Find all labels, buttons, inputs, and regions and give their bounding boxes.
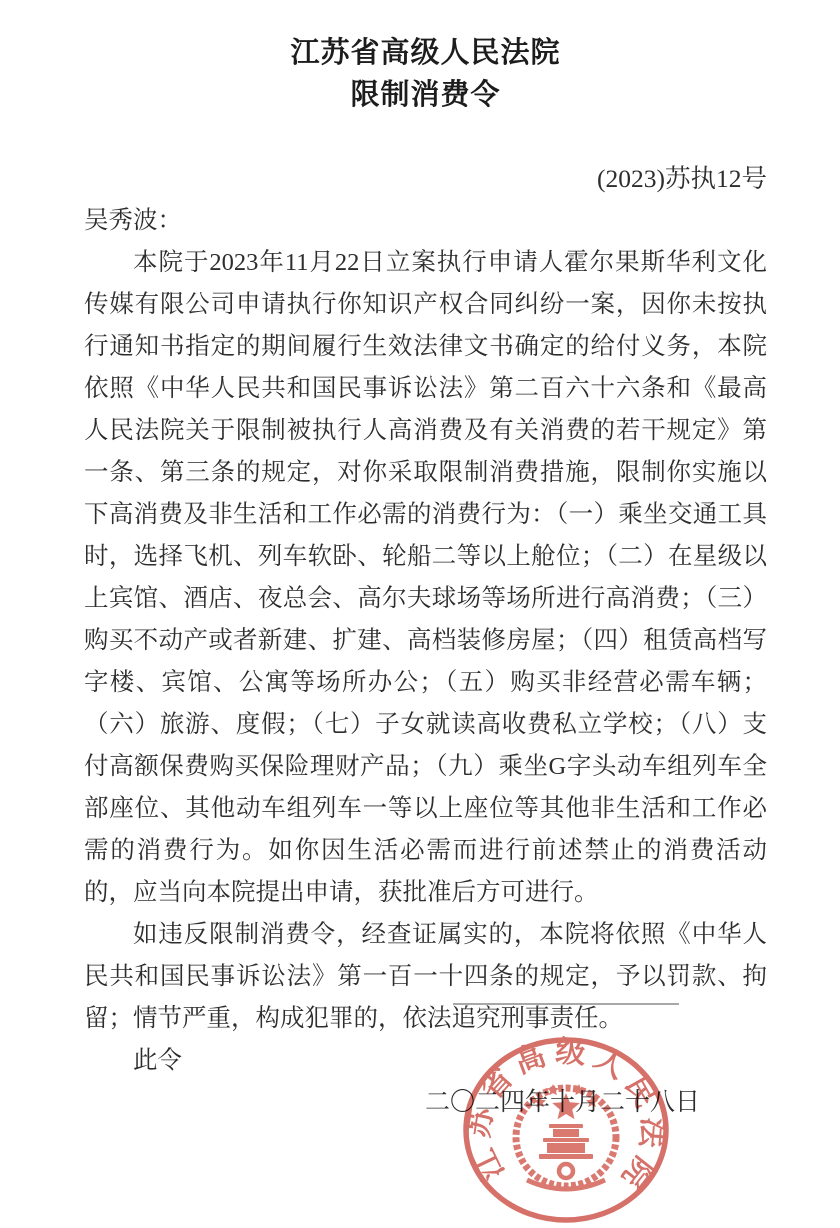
- order-title: 限制消费令: [84, 74, 767, 116]
- order-main-paragraph: 本院于2023年11月22日立案执行申请人霍尔果斯华利文化传媒有限公司申请执行你…: [84, 242, 767, 914]
- court-order-document: 江苏省高级人民法院 限制消费令 (2023)苏执12号 吴秀波： 本院于2023…: [0, 0, 840, 1228]
- ribbon-icon: [527, 1180, 605, 1189]
- spacer: [84, 116, 767, 158]
- penalty-paragraph: 如违反限制消费令，经查证属实的，本院将依照《中华人民共和国民事诉讼法》第一百一十…: [84, 914, 767, 1040]
- closing-phrase: 此令: [84, 1040, 767, 1082]
- recipient-name: 吴秀波：: [84, 200, 767, 242]
- court-name-title: 江苏省高级人民法院: [84, 32, 767, 74]
- document-content: 江苏省高级人民法院 限制消费令 (2023)苏执12号 吴秀波： 本院于2023…: [84, 32, 767, 1124]
- issue-date: 二〇二四年十月二十八日: [84, 1082, 767, 1124]
- scan-artifact-line: [453, 1003, 679, 1005]
- gear-icon: [559, 1164, 573, 1178]
- case-number: (2023)苏执12号: [84, 158, 767, 200]
- gate-icon: [539, 1124, 593, 1159]
